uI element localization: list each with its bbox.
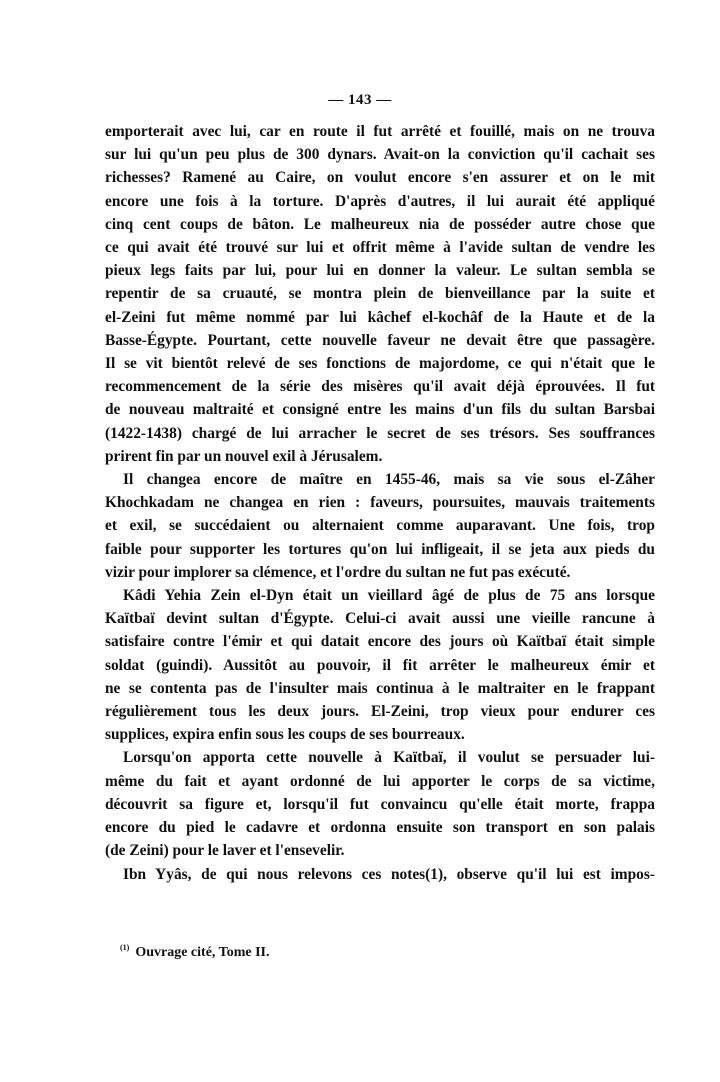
text-line: de nouveau maltraité et consigné entre l… <box>105 398 655 421</box>
text-line: prirent fin par un nouvel exil à Jérusal… <box>105 445 655 468</box>
text-line: satisfaire contre l'émir et qui datait e… <box>105 630 655 653</box>
text-line: pieux legs faits par lui, pour lui en do… <box>105 259 655 282</box>
text-line: emporterait avec lui, car en route il fu… <box>105 120 655 143</box>
text-line: el-Zeini fut même nommé par lui kâchef e… <box>105 306 655 329</box>
text-line: et exil, se succédaient ou alternaient c… <box>105 514 655 537</box>
text-line: Ibn Yyâs, de qui nous relevons ces notes… <box>105 863 655 886</box>
text-line: Basse-Égypte. Pourtant, cette nouvelle f… <box>105 329 655 352</box>
text-line: vizir pour implorer sa clémence, et l'or… <box>105 561 655 584</box>
text-line: recommencement de la série des misères q… <box>105 375 655 398</box>
document-page: — 143 — emporterait avec lui, car en rou… <box>0 0 720 1082</box>
text-line: supplices, expira enfin sous les coups d… <box>105 723 655 746</box>
paragraph: Il changea encore de maître en 1455-46, … <box>105 468 655 584</box>
paragraph: emporterait avec lui, car en route il fu… <box>105 120 655 468</box>
text-line: régulièrement tous les deux jours. El-Ze… <box>105 700 655 723</box>
text-line: Lorsqu'on apporta cette nouvelle à Kaïtb… <box>105 746 655 769</box>
footnote-marker: (1) <box>120 943 129 952</box>
text-line: cinq cent coups de bâton. Le malheureux … <box>105 213 655 236</box>
text-line: ce qui avait été trouvé sur lui et offri… <box>105 236 655 259</box>
text-line: (de Zeini) pour le laver et l'ensevelir. <box>105 839 655 862</box>
text-line: découvrit sa figure et, lorsqu'il fut co… <box>105 793 655 816</box>
paragraph: Ibn Yyâs, de qui nous relevons ces notes… <box>105 863 655 886</box>
text-line: encore du pied le cadavre et ordonna ens… <box>105 816 655 839</box>
text-line: repentir de sa cruauté, se montra plein … <box>105 282 655 305</box>
text-line: (1422-1438) chargé de lui arracher le se… <box>105 422 655 445</box>
text-line: Kâdi Yehia Zein el-Dyn était un vieillar… <box>105 584 655 607</box>
text-line: encore une fois à la torture. D'après d'… <box>105 190 655 213</box>
text-line: richesses? Ramené au Caire, on voulut en… <box>105 166 655 189</box>
text-line: Kaïtbaï devint sultan d'Égypte. Celui-ci… <box>105 607 655 630</box>
text-line: sur lui qu'un peu plus de 300 dynars. Av… <box>105 143 655 166</box>
paragraph: Lorsqu'on apporta cette nouvelle à Kaïtb… <box>105 746 655 862</box>
text-line: Il se vit bientôt relevé de ses fonction… <box>105 352 655 375</box>
text-line: même du fait et ayant ordonné de lui app… <box>105 770 655 793</box>
body-text: emporterait avec lui, car en route il fu… <box>105 120 655 886</box>
page-number: — 143 — <box>0 92 720 109</box>
footnote: (1)Ouvrage cité, Tome II. <box>120 943 269 961</box>
footnote-text: Ouvrage cité, Tome II. <box>135 945 269 960</box>
text-line: Il changea encore de maître en 1455-46, … <box>105 468 655 491</box>
text-line: Khochkadam ne changea en rien : faveurs,… <box>105 491 655 514</box>
text-line: soldat (guindi). Aussitôt au pouvoir, il… <box>105 654 655 677</box>
text-line: faible pour supporter les tortures qu'on… <box>105 538 655 561</box>
text-line: ne se contenta pas de l'insulter mais co… <box>105 677 655 700</box>
paragraph: Kâdi Yehia Zein el-Dyn était un vieillar… <box>105 584 655 746</box>
